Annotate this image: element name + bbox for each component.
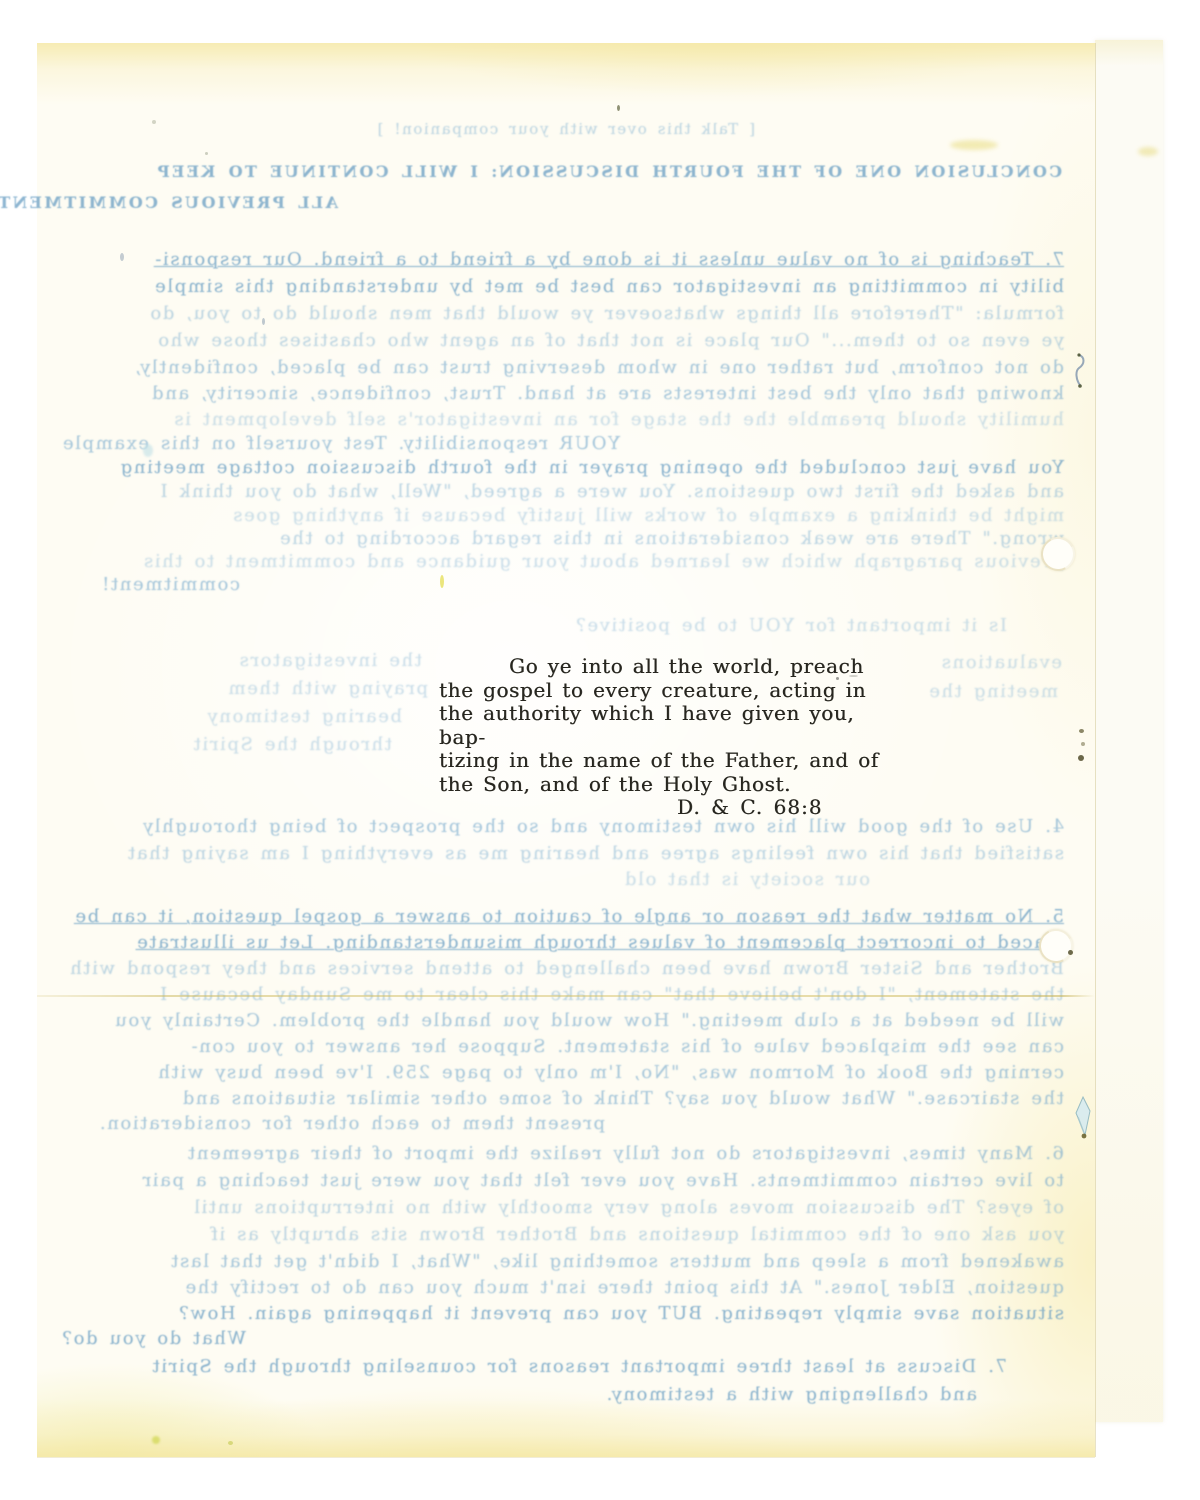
paper-speck: [1078, 755, 1084, 761]
paper-speck: [950, 140, 998, 150]
paper-speck: [1138, 147, 1158, 156]
paper-speck: [1079, 729, 1084, 733]
paper-speck: [1081, 742, 1085, 746]
hole-punch-mark: [1037, 533, 1080, 576]
paper-speck: [152, 1436, 160, 1444]
backing-sheet-edge: [1095, 40, 1163, 1422]
tear-mark: [1072, 1095, 1094, 1141]
scanned-paper-sheet: [ Talk this over with your companion! ]C…: [37, 43, 1095, 1457]
staple-ink-mark: [1072, 352, 1088, 390]
paper-speck: [228, 1441, 233, 1445]
paper-speck: [440, 575, 444, 588]
paper-speck: [849, 675, 858, 677]
hole-punch-mark: [1035, 925, 1078, 968]
paper-artifacts: [37, 43, 1095, 1457]
paper-speck: [617, 105, 620, 111]
paper-speck: [205, 152, 208, 155]
paper-speck: [1068, 950, 1073, 955]
paper-speck: [836, 677, 839, 680]
paper-speck: [262, 318, 265, 325]
paper-speck: [152, 120, 156, 124]
paper-speck: [120, 253, 124, 261]
paper-speck: [143, 444, 153, 457]
